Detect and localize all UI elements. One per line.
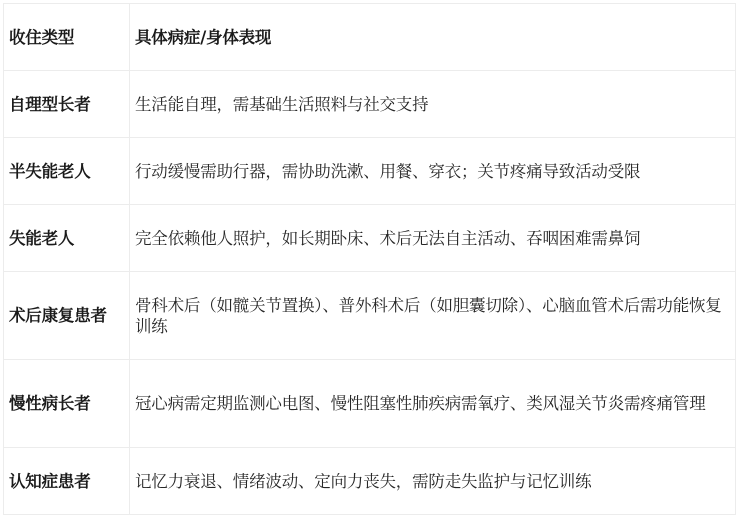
admission-type-cell: 慢性病长者 — [4, 360, 130, 448]
description-cell: 生活能自理，需基础生活照料与社交支持 — [130, 71, 736, 138]
description-cell: 完全依赖他人照护，如长期卧床、术后无法自主活动、吞咽困难需鼻饲 — [130, 205, 736, 272]
table-header-row: 收住类型 具体病症/身体表现 — [4, 4, 736, 71]
admission-type-cell: 半失能老人 — [4, 138, 130, 205]
table-row: 自理型长者 生活能自理，需基础生活照料与社交支持 — [4, 71, 736, 138]
table-row: 认知症患者 记忆力衰退、情绪波动、定向力丧失，需防走失监护与记忆训练 — [4, 448, 736, 515]
table-row: 慢性病长者 冠心病需定期监测心电图、慢性阻塞性肺疾病需氧疗、类风湿关节炎需疼痛管… — [4, 360, 736, 448]
header-admission-type: 收住类型 — [4, 4, 130, 71]
admission-type-cell: 术后康复患者 — [4, 272, 130, 360]
admission-type-cell: 自理型长者 — [4, 71, 130, 138]
table-row: 失能老人 完全依赖他人照护，如长期卧床、术后无法自主活动、吞咽困难需鼻饲 — [4, 205, 736, 272]
description-cell: 骨科术后（如髋关节置换）、普外科术后（如胆囊切除）、心脑血管术后需功能恢复训练 — [130, 272, 736, 360]
description-cell: 行动缓慢需助行器，需协助洗漱、用餐、穿衣；关节疼痛导致活动受限 — [130, 138, 736, 205]
description-cell: 记忆力衰退、情绪波动、定向力丧失，需防走失监护与记忆训练 — [130, 448, 736, 515]
description-cell: 冠心病需定期监测心电图、慢性阻塞性肺疾病需氧疗、类风湿关节炎需疼痛管理 — [130, 360, 736, 448]
admission-type-cell: 认知症患者 — [4, 448, 130, 515]
table-row: 术后康复患者 骨科术后（如髋关节置换）、普外科术后（如胆囊切除）、心脑血管术后需… — [4, 272, 736, 360]
admission-type-cell: 失能老人 — [4, 205, 130, 272]
admission-type-table: 收住类型 具体病症/身体表现 自理型长者 生活能自理，需基础生活照料与社交支持 … — [3, 3, 736, 515]
table-row: 半失能老人 行动缓慢需助行器，需协助洗漱、用餐、穿衣；关节疼痛导致活动受限 — [4, 138, 736, 205]
header-description: 具体病症/身体表现 — [130, 4, 736, 71]
